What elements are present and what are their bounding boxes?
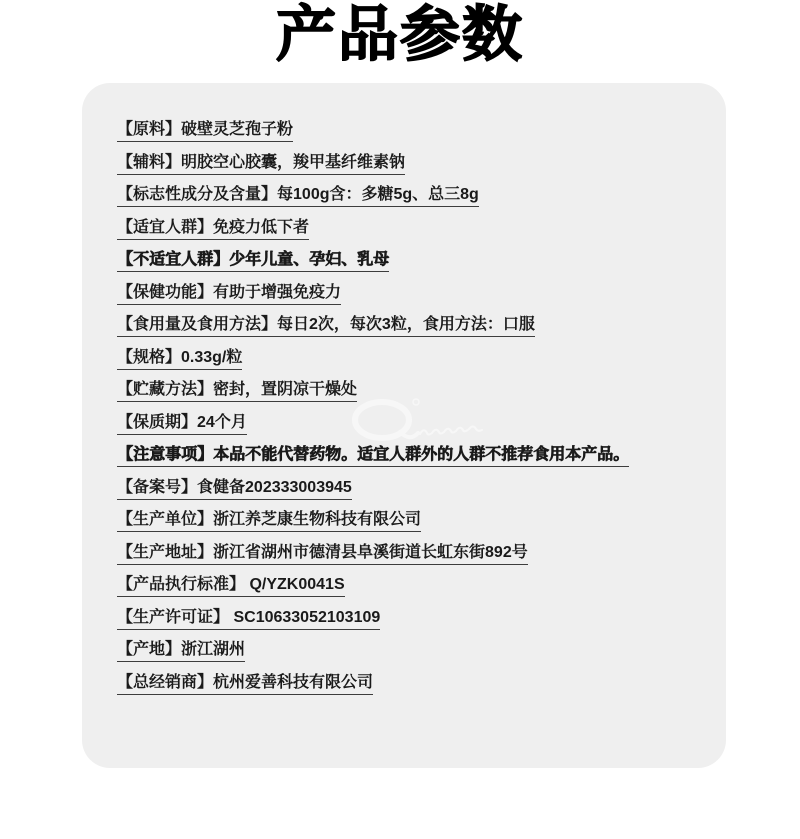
param-label: 【辅料】 <box>117 154 181 171</box>
param-row-product-standard: 【产品执行标准】 Q/YZK0041S <box>117 575 706 608</box>
param-value: 本品不能代替药物。适宜人群外的人群不推荐食用本产品。 <box>213 446 629 463</box>
param-label: 【总经销商】 <box>117 674 213 691</box>
parameters-card: 【原料】破壁灵芝孢子粉 【辅料】明胶空心胶囊，羧甲基纤维素钠 【标志性成分及含量… <box>82 83 726 768</box>
param-row-specification: 【规格】0.33g/粒 <box>117 348 706 381</box>
product-parameters-page: 产品参数 【原料】破壁灵芝孢子粉 【辅料】明胶空心胶囊，羧甲基纤维素钠 【标志性… <box>0 0 800 839</box>
param-value: 24个月 <box>197 414 247 431</box>
param-row-distributor: 【总经销商】杭州爱善科技有限公司 <box>117 673 706 706</box>
param-label: 【生产单位】 <box>117 511 213 528</box>
param-value: 明胶空心胶囊，羧甲基纤维素钠 <box>181 154 405 171</box>
param-label: 【生产许可证】 <box>117 609 229 626</box>
param-value: 浙江湖州 <box>181 641 245 658</box>
param-row-marker-components: 【标志性成分及含量】每100g含：多糖5g、总三8g <box>117 185 706 218</box>
param-row-production-license: 【生产许可证】 SC10633052103109 <box>117 608 706 641</box>
param-label: 【标志性成分及含量】 <box>117 186 277 203</box>
param-label: 【产品执行标准】 <box>117 576 245 593</box>
param-value: 浙江养芝康生物科技有限公司 <box>213 511 421 528</box>
param-value: 每100g含：多糖5g、总三8g <box>277 186 479 203</box>
param-label: 【产地】 <box>117 641 181 658</box>
param-row-suitable-group: 【适宜人群】免疫力低下者 <box>117 218 706 251</box>
param-label: 【保质期】 <box>117 414 197 431</box>
param-label: 【注意事项】 <box>117 446 213 463</box>
param-label: 【生产地址】 <box>117 544 213 561</box>
param-label: 【适宜人群】 <box>117 219 213 236</box>
param-label: 【备案号】 <box>117 479 197 496</box>
param-value: 有助于增强免疫力 <box>213 284 341 301</box>
param-value: 食健备202333003945 <box>197 479 352 496</box>
param-label: 【原料】 <box>117 121 181 138</box>
param-row-registration-number: 【备案号】食健备202333003945 <box>117 478 706 511</box>
param-value: 破壁灵芝孢子粉 <box>181 121 293 138</box>
param-row-storage-method: 【贮藏方法】密封，置阴凉干燥处 <box>117 380 706 413</box>
param-label: 【食用量及食用方法】 <box>117 316 277 333</box>
param-value: Q/YZK0041S <box>245 576 345 593</box>
param-label: 【贮藏方法】 <box>117 381 213 398</box>
param-value: 浙江省湖州市德清县阜溪街道长虹东街892号 <box>213 544 528 561</box>
param-row-excipients: 【辅料】明胶空心胶囊，羧甲基纤维素钠 <box>117 153 706 186</box>
param-value: 每日2次，每次3粒，食用方法：口服 <box>277 316 535 333</box>
param-value: 少年儿童、孕妇、乳母 <box>229 251 389 268</box>
param-label: 【保健功能】 <box>117 284 213 301</box>
parameter-list: 【原料】破壁灵芝孢子粉 【辅料】明胶空心胶囊，羧甲基纤维素钠 【标志性成分及含量… <box>117 120 706 705</box>
param-value: 杭州爱善科技有限公司 <box>213 674 373 691</box>
param-row-raw-material: 【原料】破壁灵芝孢子粉 <box>117 120 706 153</box>
param-row-manufacturer: 【生产单位】浙江养芝康生物科技有限公司 <box>117 510 706 543</box>
param-value: 免疫力低下者 <box>213 219 309 236</box>
param-value: 0.33g/粒 <box>181 349 242 366</box>
param-label: 【规格】 <box>117 349 181 366</box>
param-row-shelf-life: 【保质期】24个月 <box>117 413 706 446</box>
param-label: 【不适宜人群】 <box>117 251 229 268</box>
param-row-precautions: 【注意事项】本品不能代替药物。适宜人群外的人群不推荐食用本产品。 <box>117 445 706 478</box>
param-row-origin: 【产地】浙江湖州 <box>117 640 706 673</box>
param-row-production-address: 【生产地址】浙江省湖州市德清县阜溪街道长虹东街892号 <box>117 543 706 576</box>
page-title: 产品参数 <box>0 0 800 70</box>
param-row-health-function: 【保健功能】有助于增强免疫力 <box>117 283 706 316</box>
param-row-unsuitable-group: 【不适宜人群】少年儿童、孕妇、乳母 <box>117 250 706 283</box>
param-row-dosage-and-method: 【食用量及食用方法】每日2次，每次3粒，食用方法：口服 <box>117 315 706 348</box>
param-value: SC10633052103109 <box>229 609 380 626</box>
param-value: 密封，置阴凉干燥处 <box>213 381 357 398</box>
